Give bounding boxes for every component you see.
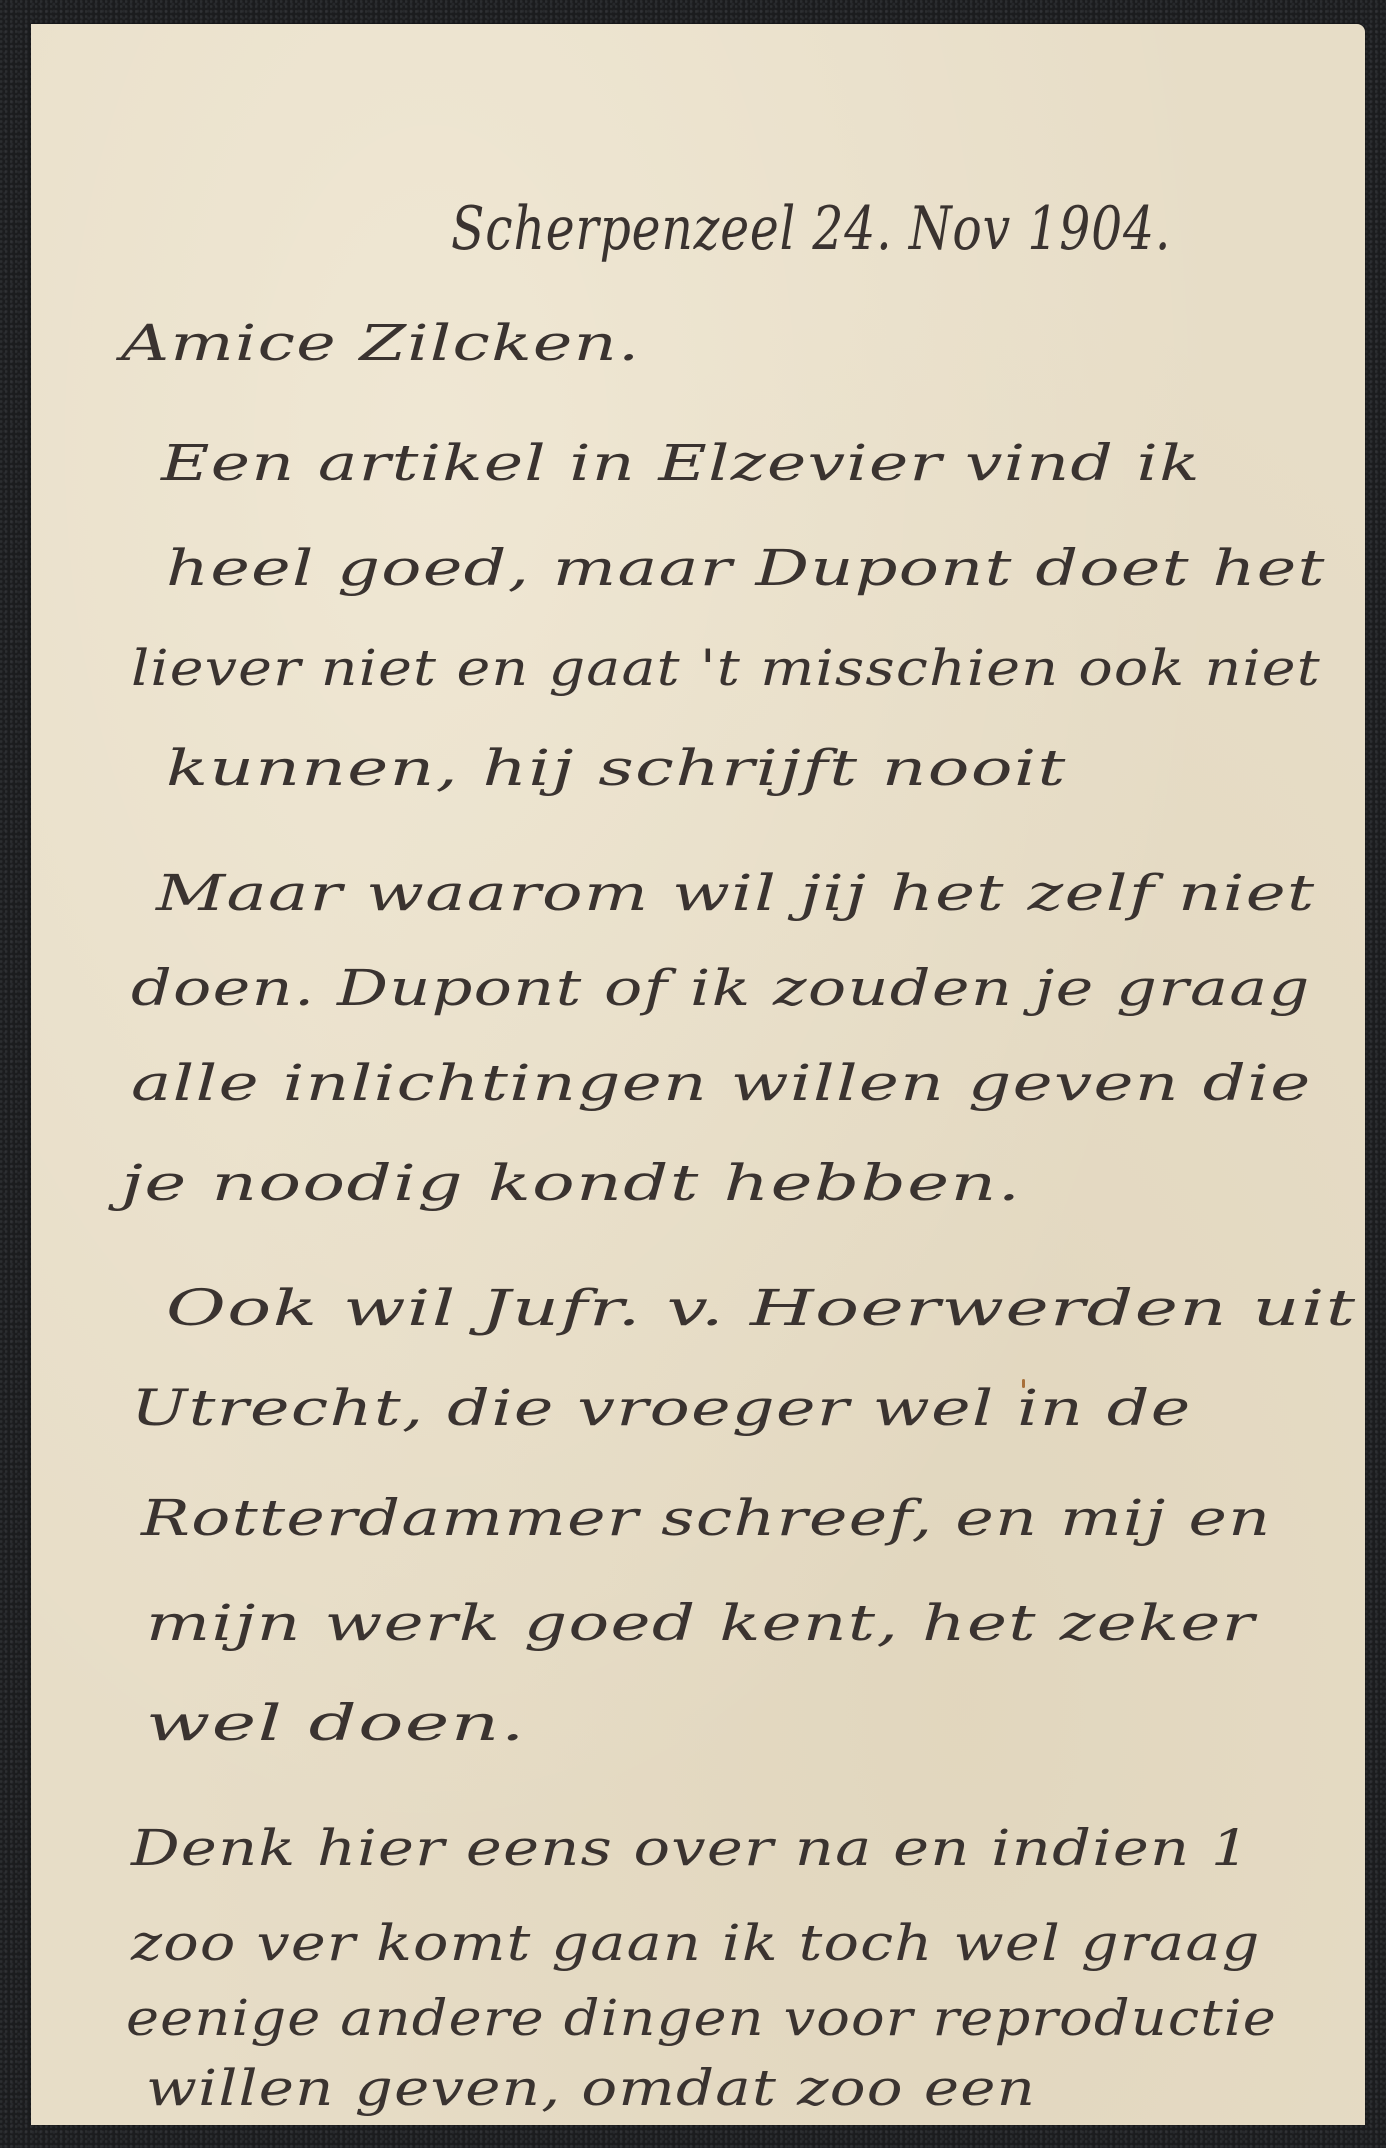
letter-line: Utrecht, die vroeger wel in de: [131, 1379, 1192, 1437]
letter-page: Scherpenzeel 24. Nov 1904. Amice Zilcken…: [31, 24, 1365, 2125]
letter-line: Ook wil Jufr. v. Hoerwerden uit: [166, 1279, 1357, 1337]
letter-line: eenige andere dingen voor reproductie: [126, 1989, 1277, 2047]
letter-line: je noodig kondt hebben.: [121, 1154, 1021, 1212]
letter-line: Maar waarom wil jij het zelf niet: [156, 864, 1316, 922]
letter-line: Denk hier eens over na en indien 1: [131, 1819, 1251, 1877]
paper-speck: [1022, 1379, 1025, 1388]
letter-line: heel goed, maar Dupont doet het: [166, 539, 1326, 597]
letter-line: liever niet en gaat 't misschien ook nie…: [131, 639, 1321, 697]
letter-line: mijn werk goed kent, het zeker: [146, 1594, 1255, 1652]
letter-line: willen geven, omdat zoo een: [146, 2059, 1036, 2117]
letter-line: alle inlichtingen willen geven die: [131, 1054, 1312, 1112]
letter-line: Rotterdammer schreef, en mij en: [141, 1489, 1271, 1547]
letter-line: zoo ver komt gaan ik toch wel graag: [131, 1914, 1261, 1972]
letter-line: wel doen.: [146, 1694, 526, 1752]
letter-line: Een artikel in Elzevier vind ik: [161, 434, 1201, 492]
salutation: Amice Zilcken.: [121, 314, 640, 372]
place-date-heading: Scherpenzeel 24. Nov 1904.: [451, 194, 1171, 264]
letter-line: doen. Dupont of ik zouden je graag: [131, 959, 1311, 1017]
letter-line: kunnen, hij schrijft nooit: [166, 739, 1067, 797]
